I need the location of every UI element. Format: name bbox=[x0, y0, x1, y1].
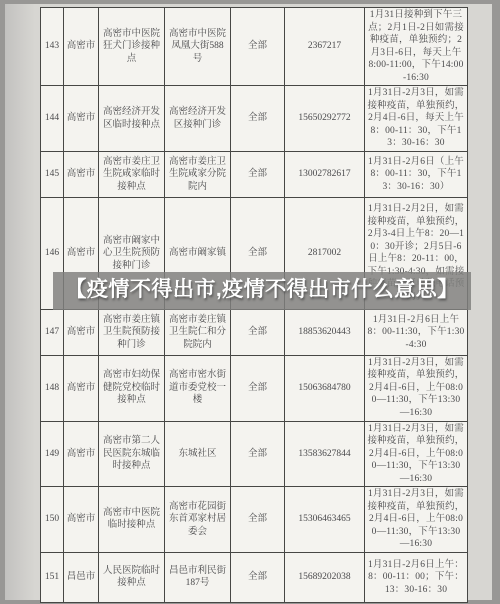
site-name-cell: 高密市姜庄卫生院咸家临时接种点 bbox=[99, 151, 165, 197]
site-name-cell: 人民医院临时接种点 bbox=[99, 552, 165, 602]
phone-cell: 13583627844 bbox=[285, 421, 365, 487]
city-cell: 高密市 bbox=[64, 86, 99, 152]
address-cell: 高密市花园街东首邓家村居委会 bbox=[165, 487, 231, 553]
table-row: 147高密市高密市姜庄镇卫生院预防接种门诊高密市姜庄镇卫生院仁和分院院内全部18… bbox=[41, 309, 468, 355]
city-cell: 高密市 bbox=[64, 355, 99, 421]
row-number-cell: 147 bbox=[41, 309, 64, 355]
scope-cell: 全部 bbox=[231, 355, 285, 421]
row-number-cell: 144 bbox=[41, 86, 64, 152]
time-cell: 1月31日-2月3日，如需接种疫苗，单独预约，2月4日-6日，上午08:00—1… bbox=[365, 355, 468, 421]
site-name-cell: 高密经济开发区临时接种点 bbox=[99, 86, 165, 152]
phone-cell: 15689202038 bbox=[285, 552, 365, 602]
row-number-cell: 143 bbox=[41, 8, 64, 86]
phone-cell: 15306463465 bbox=[285, 487, 365, 553]
city-cell: 高密市 bbox=[64, 421, 99, 487]
time-cell: 1月31日-2月6日（上午8：00-11：30，下午13：30-16：30） bbox=[365, 151, 468, 197]
time-cell: 1月31日-2月3日，如需接种疫苗，单独预约，2月4日-6日，每天上午8：00-… bbox=[365, 86, 468, 152]
phone-cell: 15063684780 bbox=[285, 355, 365, 421]
time-cell: 1月31日-2月6日上午8：00-11:30，下午1:30-4:30 bbox=[365, 309, 468, 355]
address-cell: 高密经济开发区接种门诊 bbox=[165, 86, 231, 152]
time-cell: 1月31日-2月6日上午：8：00-11：00；下午：13：30-16：30 bbox=[365, 552, 468, 602]
phone-cell: 15650292772 bbox=[285, 86, 365, 152]
city-cell: 高密市 bbox=[64, 8, 99, 86]
table-row: 149高密市高密市第二人民医院东城临时接种点东城社区全部135836278441… bbox=[41, 421, 468, 487]
address-cell: 高密市姜庄卫生院咸家分院院内 bbox=[165, 151, 231, 197]
row-number-cell: 148 bbox=[41, 355, 64, 421]
time-cell: 1月31日-2月3日，如需接种疫苗，单独预约，2月4日-6日，上午08:00—1… bbox=[365, 487, 468, 553]
address-cell: 东城社区 bbox=[165, 421, 231, 487]
scope-cell: 全部 bbox=[231, 552, 285, 602]
row-number-cell: 145 bbox=[41, 151, 64, 197]
site-name-cell: 高密市中医院临时接种点 bbox=[99, 487, 165, 553]
city-cell: 高密市 bbox=[64, 487, 99, 553]
table-row: 145高密市高密市姜庄卫生院咸家临时接种点高密市姜庄卫生院咸家分院院内全部130… bbox=[41, 151, 468, 197]
address-cell: 高密市中医院凤凰大街588号 bbox=[165, 8, 231, 86]
time-cell: 1月31日接种到下午三点；2月1日-2日如需接种疫苗，单独预约；2月3日-6日，… bbox=[365, 8, 468, 86]
caption-text: 【疫情不得出市,疫情不得出市什么意思】 bbox=[65, 278, 458, 301]
article-caption-overlay: 【疫情不得出市,疫情不得出市什么意思】 bbox=[53, 272, 471, 310]
site-name-cell: 高密市中医院狂犬门诊接种点 bbox=[99, 8, 165, 86]
row-number-cell: 149 bbox=[41, 421, 64, 487]
city-cell: 昌邑市 bbox=[64, 552, 99, 602]
scope-cell: 全部 bbox=[231, 86, 285, 152]
address-cell: 高密市姜庄镇卫生院仁和分院院内 bbox=[165, 309, 231, 355]
scope-cell: 全部 bbox=[231, 8, 285, 86]
row-number-cell: 151 bbox=[41, 552, 64, 602]
time-cell: 1月31日-2月3日，如需接种疫苗，单独预约，2月4日-6日，上午08:00—1… bbox=[365, 421, 468, 487]
table-row: 148高密市高密市妇幼保健院党校临时接种点高密市密水街道市委党校一楼全部1506… bbox=[41, 355, 468, 421]
scope-cell: 全部 bbox=[231, 309, 285, 355]
scope-cell: 全部 bbox=[231, 151, 285, 197]
site-name-cell: 高密市姜庄镇卫生院预防接种门诊 bbox=[99, 309, 165, 355]
scope-cell: 全部 bbox=[231, 487, 285, 553]
address-cell: 高密市密水街道市委党校一楼 bbox=[165, 355, 231, 421]
city-cell: 高密市 bbox=[64, 309, 99, 355]
phone-cell: 2367217 bbox=[285, 8, 365, 86]
address-cell: 昌邑市利民街187号 bbox=[165, 552, 231, 602]
site-name-cell: 高密市妇幼保健院党校临时接种点 bbox=[99, 355, 165, 421]
scope-cell: 全部 bbox=[231, 421, 285, 487]
phone-cell: 18853620443 bbox=[285, 309, 365, 355]
table-row: 150高密市高密市中医院临时接种点高密市花园街东首邓家村居委会全部1530646… bbox=[41, 487, 468, 553]
scan-left-shadow bbox=[5, 4, 35, 600]
city-cell: 高密市 bbox=[64, 151, 99, 197]
table-row: 143高密市高密市中医院狂犬门诊接种点高密市中医院凤凰大街588号全部23672… bbox=[41, 8, 468, 86]
site-name-cell: 高密市第二人民医院东城临时接种点 bbox=[99, 421, 165, 487]
screenshot-root: { "caption": { "text": "【疫情不得出市,疫情不得出市什么… bbox=[0, 0, 500, 604]
table-row: 144高密市高密经济开发区临时接种点高密经济开发区接种门诊全部156502927… bbox=[41, 86, 468, 152]
table-row: 151昌邑市人民医院临时接种点昌邑市利民街187号全部156892020381月… bbox=[41, 552, 468, 602]
row-number-cell: 150 bbox=[41, 487, 64, 553]
phone-cell: 13002782617 bbox=[285, 151, 365, 197]
